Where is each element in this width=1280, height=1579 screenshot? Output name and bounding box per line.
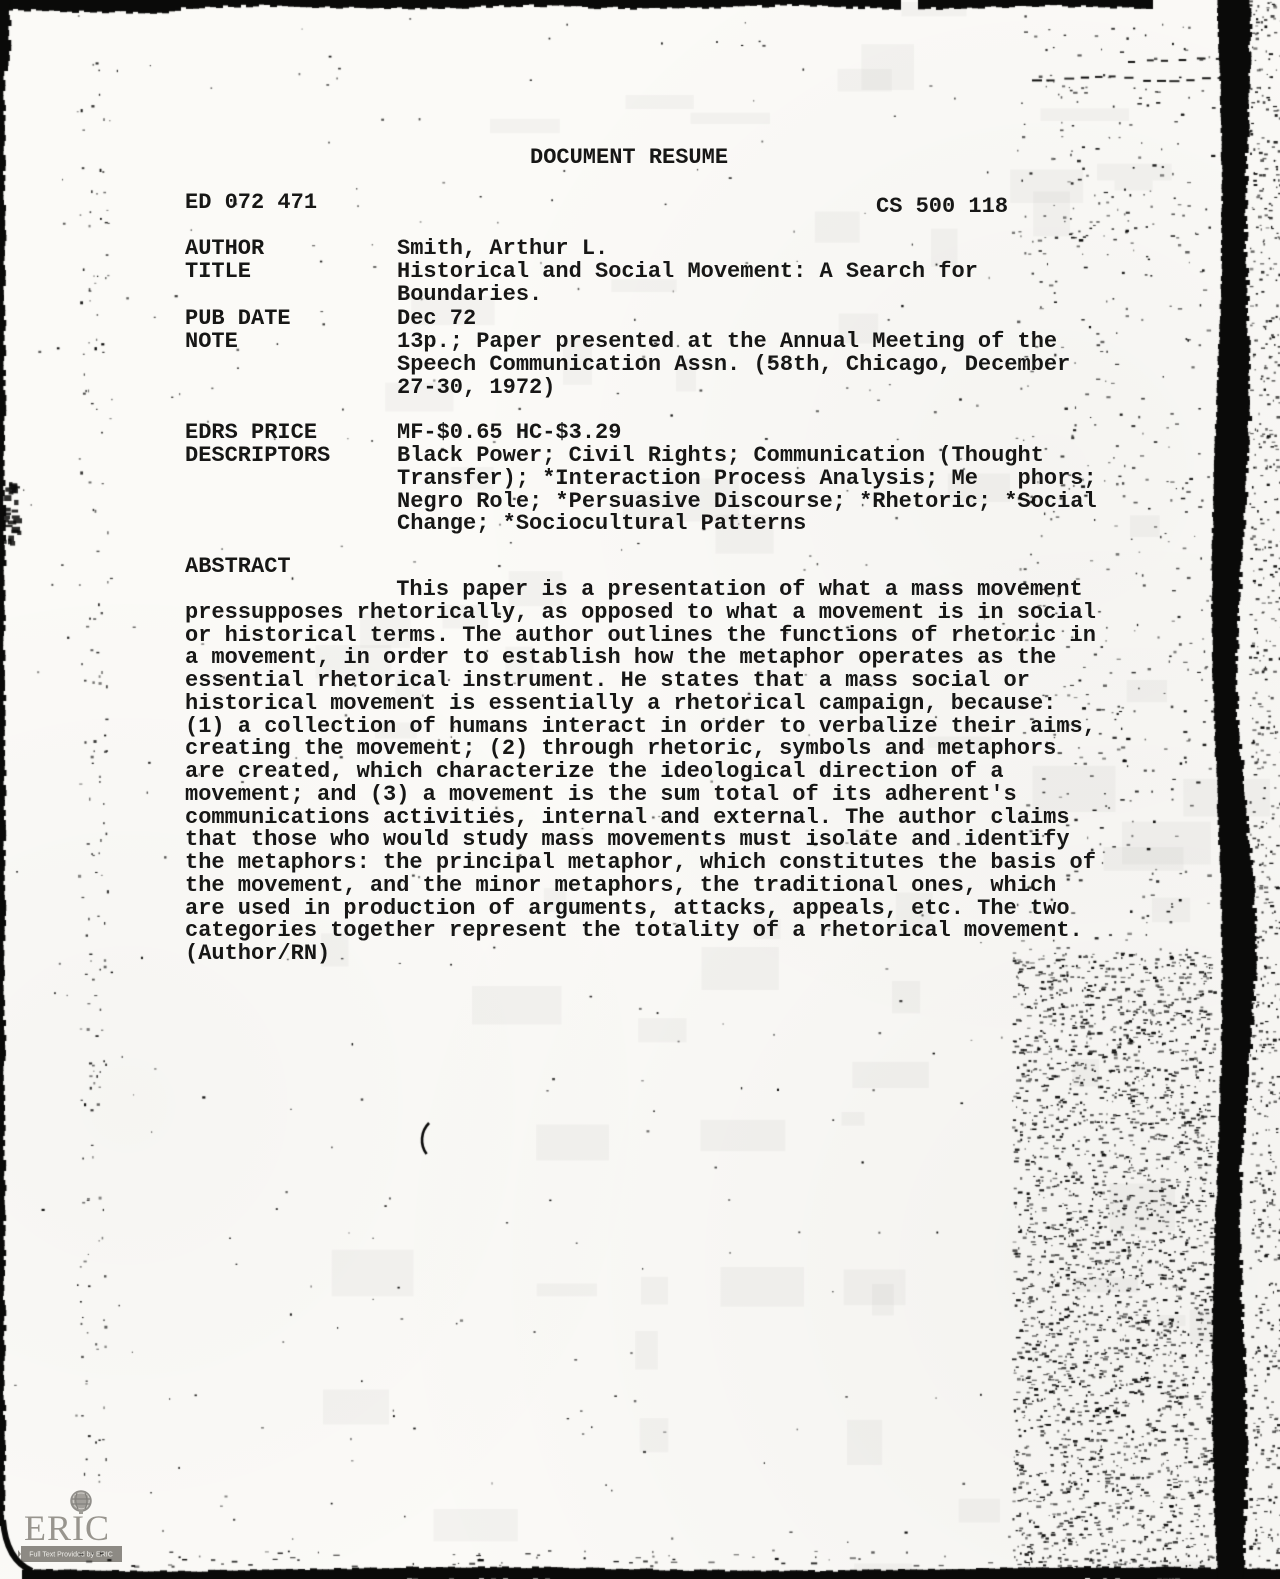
text-line: or historical terms. The author outlines… <box>185 625 1096 648</box>
field-label-descriptors: DESCRIPTORS <box>185 445 330 468</box>
field-label-pub-date: PUB DATE <box>185 308 291 331</box>
field-value-descriptors: Black Power; Civil Rights; Communication… <box>397 445 1097 536</box>
field-value-pub-date: Dec 72 <box>397 308 476 331</box>
text-line: Negro Role; *Persuasive Discourse; *Rhet… <box>397 491 1097 514</box>
text-line: (1) a collection of humans interact in o… <box>185 716 1096 739</box>
text-line: creating the movement; (2) through rheto… <box>185 738 1096 761</box>
field-value-note: 13p.; Paper presented at the Annual Meet… <box>397 331 1070 399</box>
text-line: are created, which characterize the ideo… <box>185 761 1096 784</box>
field-value-author: Smith, Arthur L. <box>397 238 608 261</box>
ed-number: ED 072 471 <box>185 192 317 215</box>
field-label-edrs-price: EDRS PRICE <box>185 422 317 445</box>
text-line: Speech Communication Assn. (58th, Chicag… <box>397 354 1070 377</box>
text-line: This paper is a presentation of what a m… <box>185 579 1096 602</box>
text-line: Boundaries. <box>397 284 978 307</box>
text-line: (Author/RN) <box>185 943 1096 966</box>
text-line: categories together represent the totali… <box>185 920 1096 943</box>
text-line: Change; *Sociocultural Patterns <box>397 513 1097 536</box>
field-label-author: AUTHOR <box>185 238 264 261</box>
document-resume-heading: DOCUMENT RESUME <box>530 147 728 170</box>
text-line: essential rhetorical instrument. He stat… <box>185 670 1096 693</box>
text-line: pressupposes rhetorically, as opposed to… <box>185 602 1096 625</box>
field-value-title: Historical and Social Movement: A Search… <box>397 261 978 307</box>
field-label-title: TITLE <box>185 261 251 284</box>
eric-logo-graphic: ERIC Full Text Provided by ERIC <box>18 1488 130 1574</box>
text-line: are used in production of arguments, att… <box>185 898 1096 921</box>
eric-logo-text: ERIC <box>24 1508 110 1548</box>
text-line: the metaphors: the principal metaphor, w… <box>185 852 1096 875</box>
text-line: Historical and Social Movement: A Search… <box>397 261 978 284</box>
cs-number: CS 500 118 <box>876 196 1008 219</box>
text-line: 27-30, 1972) <box>397 377 1070 400</box>
text-line: 13p.; Paper presented at the Annual Meet… <box>397 331 1070 354</box>
text-line: MF-$0.65 HC-$3.29 <box>397 422 621 445</box>
text-line: Transfer); *Interaction Process Analysis… <box>397 468 1097 491</box>
eric-logo: ERIC Full Text Provided by ERIC <box>18 1488 130 1574</box>
field-value-edrs-price: MF-$0.65 HC-$3.29 <box>397 422 621 445</box>
field-label-note: NOTE <box>185 331 238 354</box>
text-line: the movement, and the minor metaphors, t… <box>185 875 1096 898</box>
text-line: historical movement is essentially a rhe… <box>185 693 1096 716</box>
text-line: Black Power; Civil Rights; Communication… <box>397 445 1097 468</box>
text-line: that those who would study mass movement… <box>185 829 1096 852</box>
text-line: movement; and (3) a movement is the sum … <box>185 784 1096 807</box>
scanned-document-page: DOCUMENT RESUME ED 072 471 CS 500 118 AU… <box>0 0 1280 1579</box>
text-line: Dec 72 <box>397 308 476 331</box>
eric-logo-tagline: Full Text Provided by ERIC <box>29 1552 113 1559</box>
text-line: communications activities, internal and … <box>185 807 1096 830</box>
abstract-label: ABSTRACT <box>185 556 291 579</box>
text-line: a movement, in order to establish how th… <box>185 647 1096 670</box>
abstract-paragraph: This paper is a presentation of what a m… <box>185 579 1096 966</box>
text-line: Smith, Arthur L. <box>397 238 608 261</box>
